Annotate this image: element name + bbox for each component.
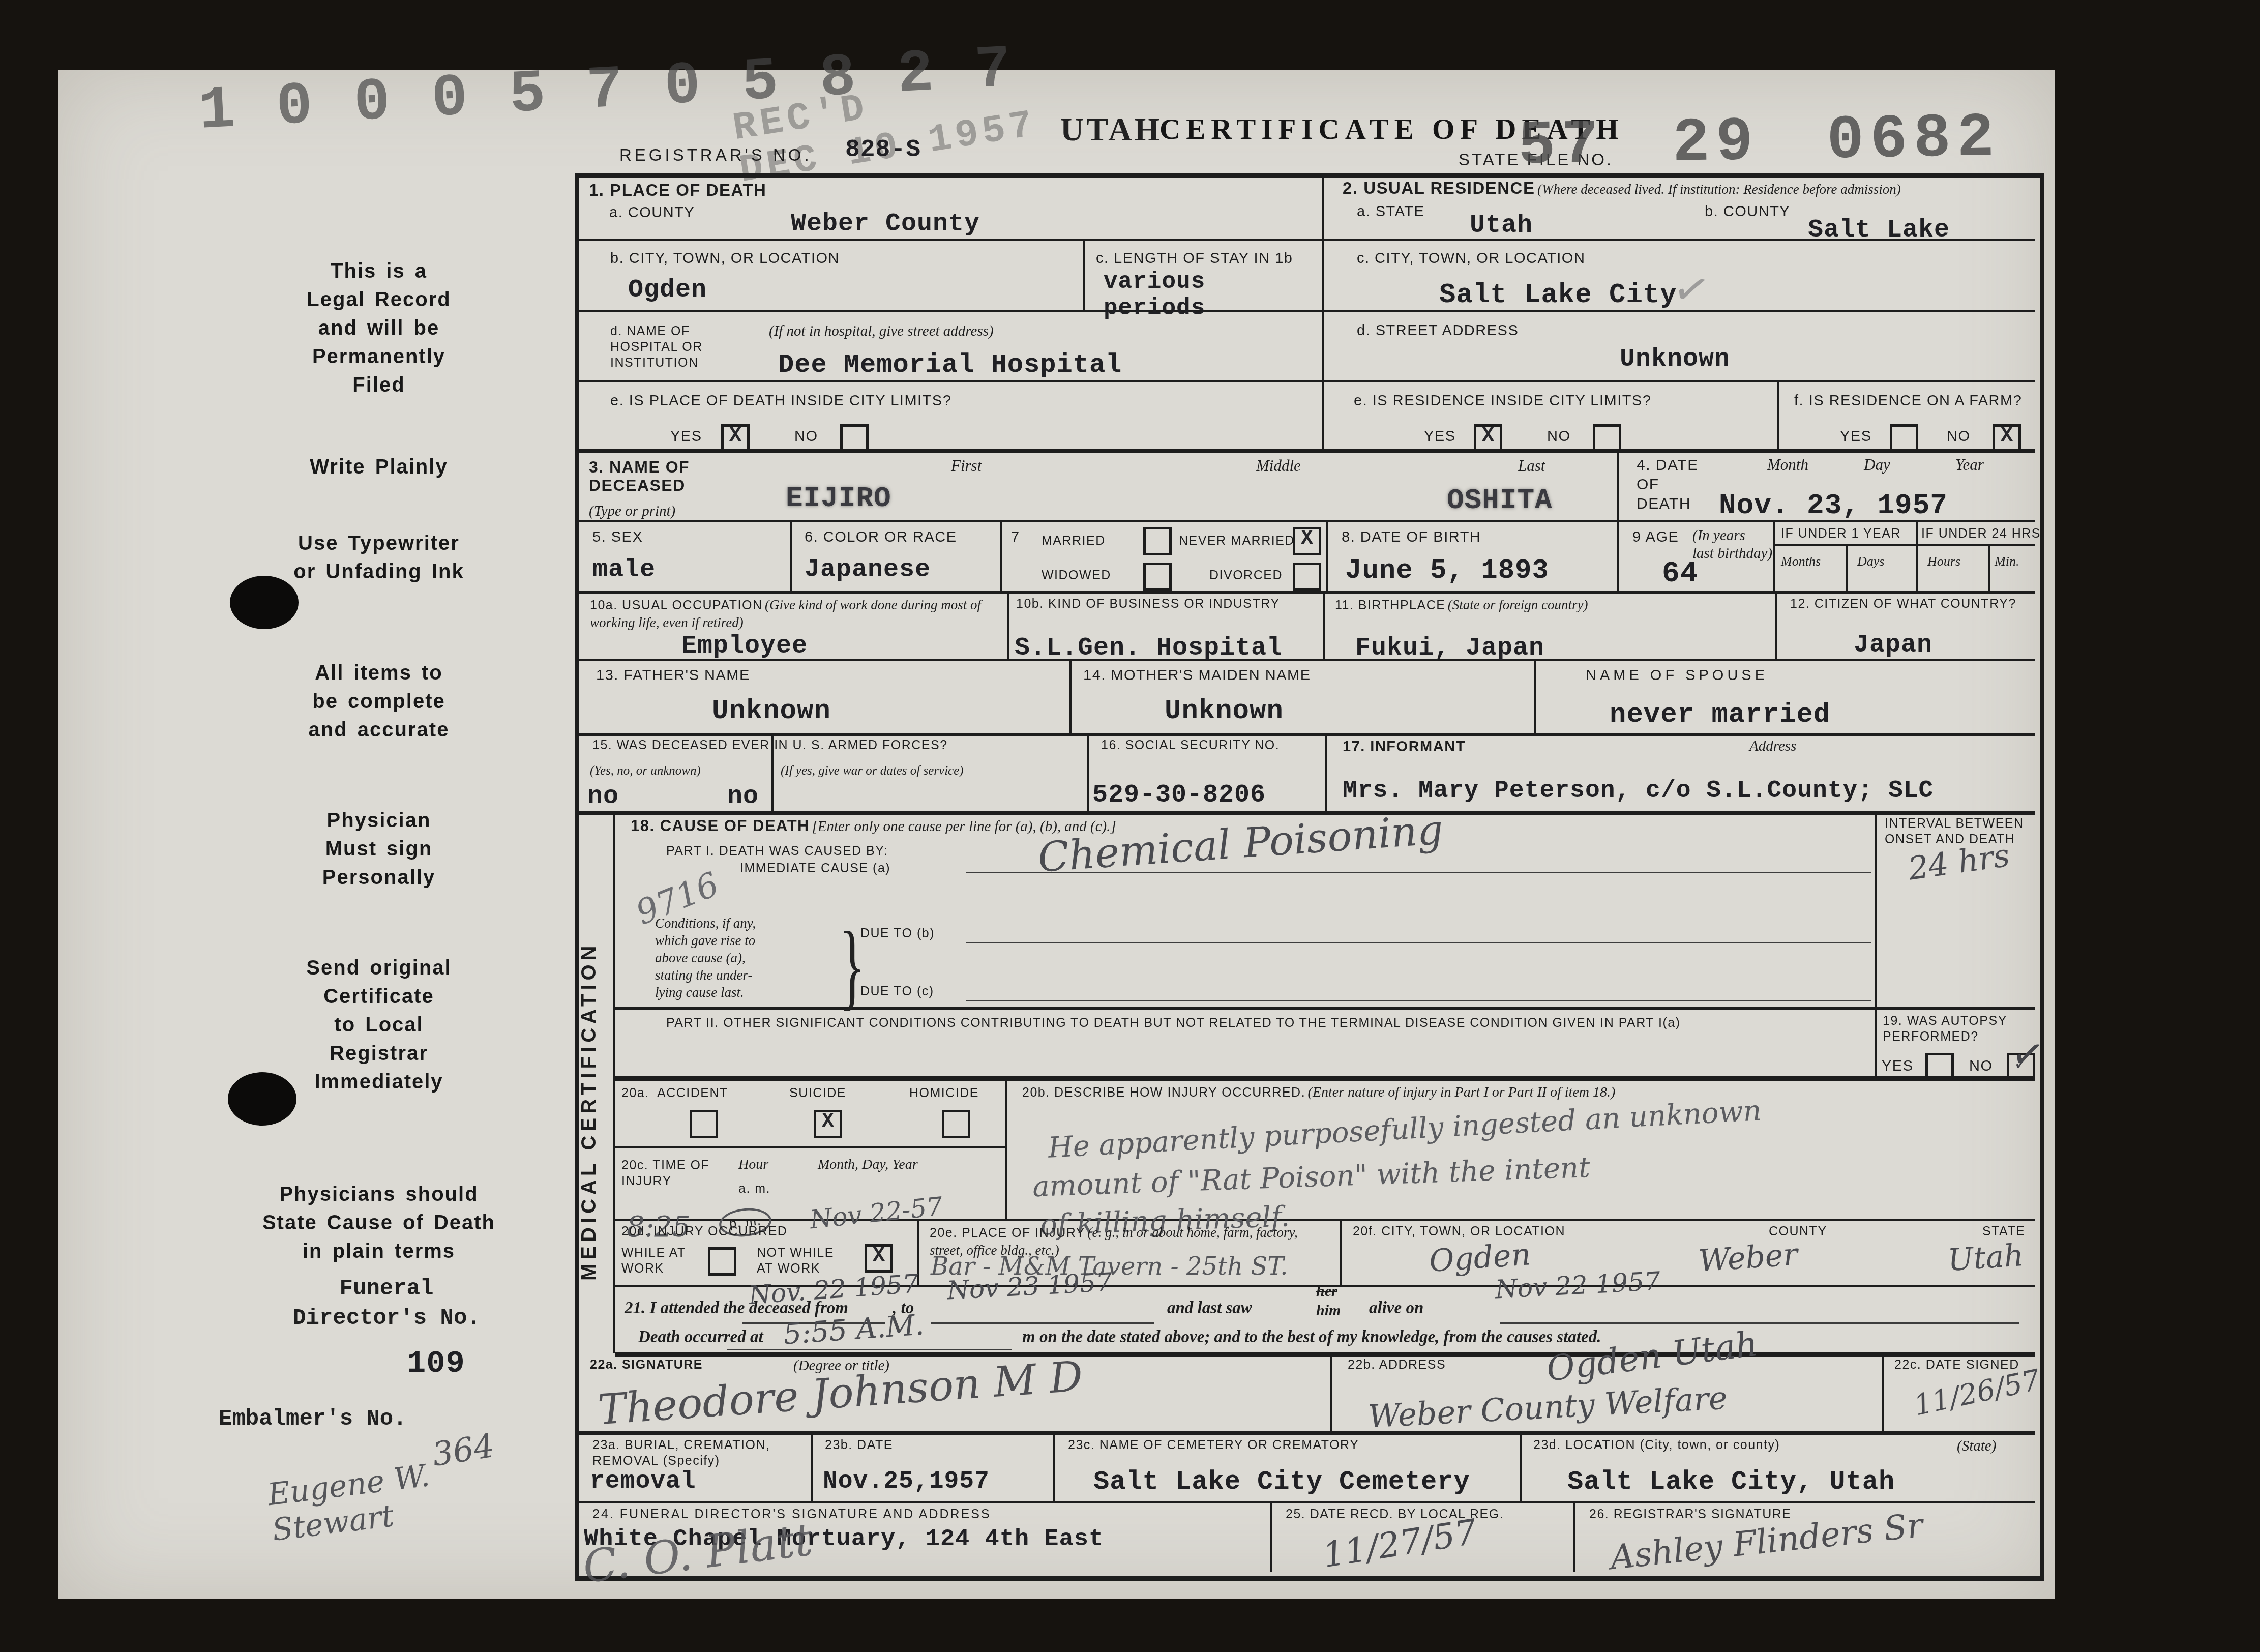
s17-address-label: Address [1749, 737, 1796, 755]
s11-value: Fukui, Japan [1355, 634, 1544, 663]
grid-line [615, 1146, 1007, 1148]
s17-value: Mrs. Mary Peterson, c/o S.L.County; SLC [1343, 777, 1934, 805]
s1c-label: c. LENGTH OF STAY IN 1b [1096, 249, 1315, 268]
s20f-label: 20f. CITY, TOWN, OR LOCATION [1353, 1224, 1565, 1240]
s2f-label: f. IS RESIDENCE ON A FARM? [1794, 392, 2022, 410]
s15-value2: no [727, 782, 759, 811]
blank-line [727, 1349, 1012, 1350]
grid-line [1340, 1219, 1342, 1286]
s20a-suicide-checkbox: X [814, 1110, 842, 1138]
s1e-no-label: NO [794, 427, 818, 446]
s10a-label: 10a. USUAL OCCUPATION [590, 598, 762, 612]
s1a-label: a. COUNTY [609, 203, 695, 222]
s7-never-married-label: NEVER MARRIED [1179, 533, 1295, 549]
spouse-label: NAME OF SPOUSE [1586, 666, 1768, 685]
s9-hours-label: Hours [1927, 552, 1960, 570]
s4-month-label: Month [1767, 456, 1808, 474]
s11-label: 11. BIRTHPLACE [1335, 598, 1445, 612]
s18-title: 18. CAUSE OF DEATH [631, 817, 810, 835]
blank-line [966, 942, 1871, 943]
s13-value: Unknown [712, 696, 831, 727]
s2e-yes-checkbox: X [1474, 424, 1502, 453]
s7-married-checkbox [1143, 527, 1172, 555]
s2b-value: Salt Lake [1808, 216, 1950, 245]
s23a-label: 23a. BURIAL, CREMATION, REMOVAL (Specify… [592, 1437, 770, 1469]
margin-note-typewriter: Use Typewriter or Unfading Ink [186, 529, 572, 586]
s3-last-label: Last [1518, 457, 1545, 475]
registrar-no-label: REGISTRAR'S NO. [619, 146, 812, 164]
funeral-director-no-value: 109 [407, 1345, 465, 1381]
s20c-mdy-label: Month, Day, Year [818, 1156, 918, 1173]
s1c-value: various periods [1104, 269, 1205, 321]
s11-hint: (State or foreign country) [1448, 597, 1588, 612]
s20c-am-label: a. m. [738, 1181, 770, 1197]
s1b-value: Ogden [628, 276, 707, 305]
s20a-suicide-label: SUICIDE [789, 1085, 846, 1101]
s3-first-label: First [951, 457, 982, 475]
s3-middle-label: Middle [1256, 457, 1301, 475]
s7-num: 7 [1011, 528, 1020, 546]
s2c-label: c. CITY, TOWN, OR LOCATION [1357, 249, 1585, 268]
grid-line [615, 1352, 2035, 1357]
grid-line [1777, 380, 1779, 451]
s22a-label: 22a. SIGNATURE [590, 1357, 703, 1373]
s4-year-label: Year [1955, 456, 1984, 474]
s18-conditions-note: Conditions, if any, which gave rise to a… [655, 914, 756, 1001]
registrar-no-value: 828-S [845, 136, 921, 164]
grid-line [1325, 733, 1327, 812]
scanned-death-certificate: 10005705827 REC'D DEC 10 1957 REGISTRAR'… [0, 0, 2260, 1652]
s3-first-value: EIJIRO [786, 482, 891, 515]
margin-note-plain-terms: Physicians should State Cause of Death i… [170, 1180, 587, 1265]
s1e-yes-label: YES [670, 427, 702, 446]
s4-title: 4. DATE OF DEATH [1637, 456, 1699, 514]
s12-label: 12. CITIZEN OF WHAT COUNTRY? [1790, 596, 2016, 612]
s20a-accident-checkbox [690, 1110, 718, 1138]
s18-due-c-label: DUE TO (c) [860, 984, 934, 999]
margin-note-send-original: Send original Certificate to Local Regis… [186, 954, 572, 1096]
s16-label: 16. SOCIAL SECURITY NO. [1101, 737, 1280, 753]
pen-check-stroke: ✓ [2008, 1029, 2047, 1080]
s23d-label: 23d. LOCATION (City, town, or county) [1533, 1437, 1780, 1453]
s21-last-saw-label: and last saw [1167, 1300, 1252, 1317]
spouse-value: never married [1610, 699, 1830, 730]
s20b-label: 20b. DESCRIBE HOW INJURY OCCURRED. [1022, 1085, 1305, 1100]
grid-line [1846, 544, 1848, 593]
s20a-accident-label: ACCIDENT [657, 1085, 728, 1101]
grid-line [615, 1076, 2035, 1081]
s2e-label: e. IS RESIDENCE INSIDE CITY LIMITS? [1354, 392, 1651, 410]
s2f-no-checkbox: X [1993, 424, 2021, 453]
grid-line [575, 449, 2035, 453]
grid-line [1882, 1352, 1884, 1432]
s2d-label: d. STREET ADDRESS [1357, 321, 1519, 340]
s9-under24-label: IF UNDER 24 HRS. [1921, 526, 2045, 542]
s20c-hour-label: Hour [738, 1156, 768, 1173]
s20a-homicide-checkbox [942, 1110, 970, 1138]
s23d-value: Salt Lake City, Utah [1567, 1467, 1895, 1497]
s1d-value: Dee Memorial Hospital [778, 350, 1122, 380]
grid-line [1520, 1431, 1522, 1502]
s24-label: 24. FUNERAL DIRECTOR'S SIGNATURE AND ADD… [592, 1507, 1269, 1522]
form-title-utah: UTAH [1060, 111, 1162, 149]
s10a-value: Employee [681, 632, 808, 661]
s2c-value: Salt Lake City [1439, 280, 1677, 311]
punch-hole-bottom [228, 1072, 296, 1126]
grid-line [1000, 520, 1002, 593]
blank-line [931, 1322, 1154, 1324]
grid-line [1875, 812, 1877, 1077]
grid-line [1005, 1077, 1007, 1220]
s26-label: 26. REGISTRAR'S SIGNATURE [1589, 1507, 1791, 1522]
s4-day-label: Day [1864, 456, 1890, 474]
grid-line [1322, 173, 1324, 451]
s20f-state-value: Utah [1947, 1237, 2025, 1278]
s3-last-value: OSHITA [1447, 484, 1553, 517]
s1e-no-checkbox [840, 424, 869, 453]
funeral-director-no-label: Funeral Director's No. [214, 1274, 559, 1333]
grid-line [1617, 451, 1619, 593]
s2b-label: b. COUNTY [1705, 202, 1790, 221]
s20d-label: 20d. INJURY OCCURRED [621, 1224, 787, 1240]
s1d-label: d. NAME OF HOSPITAL OR INSTITUTION [610, 323, 703, 371]
grid-line [613, 812, 615, 1353]
s12-value: Japan [1854, 631, 1932, 660]
grid-line [575, 380, 2035, 382]
s21-tail-label: m on the date stated above; and to the b… [1022, 1329, 2029, 1346]
s2-title-hint: (Where deceased lived. If institution: R… [1537, 182, 1901, 197]
grid-line [1053, 1431, 1055, 1502]
s5-value: male [592, 555, 656, 584]
s7-divorced-checkbox [1293, 563, 1321, 591]
grid-line [1007, 591, 1009, 659]
grid-line [1326, 520, 1328, 593]
s19-label: 19. WAS AUTOPSY PERFORMED? [1883, 1013, 2007, 1045]
s7-married-label: MARRIED [1042, 533, 1106, 549]
s13-label: 13. FATHER'S NAME [596, 666, 750, 685]
s1b-label: b. CITY, TOWN, OR LOCATION [610, 249, 840, 268]
s14-value: Unknown [1165, 696, 1284, 727]
grid-line [615, 1007, 2035, 1010]
s1-title: 1. PLACE OF DEATH [589, 181, 766, 199]
grid-line [1916, 520, 1918, 593]
s2-title: 2. USUAL RESIDENCE [1343, 179, 1535, 197]
s1e-label: e. IS PLACE OF DEATH INSIDE CITY LIMITS? [610, 392, 951, 410]
s15-value1: no [587, 782, 619, 811]
s20d-not-while-label: NOT WHILE AT WORK [757, 1245, 834, 1277]
s9-label: 9 AGE [1632, 528, 1679, 546]
s9-under1yr-label: IF UNDER 1 YEAR [1781, 526, 1901, 542]
s2f-yes-label: YES [1840, 427, 1872, 446]
grid-line [1069, 659, 1072, 733]
grid-line [1270, 1501, 1272, 1572]
s10a-label-row: 10a. USUAL OCCUPATION (Give kind of work… [590, 596, 997, 632]
s21-alive-on-label: alive on [1369, 1300, 1423, 1317]
grid-line [1330, 1352, 1332, 1432]
s2a-value: Utah [1470, 211, 1533, 240]
s4-value: Nov. 23, 1957 [1719, 489, 1948, 522]
s6-value: Japanese [805, 555, 931, 584]
grid-line [1573, 1501, 1575, 1572]
grid-line [575, 1431, 2035, 1435]
s20d-while-checkbox [708, 1247, 736, 1276]
margin-note-physician-sign: Physician Must sign Personally [186, 806, 572, 892]
s2f-no-label: NO [1947, 427, 1971, 446]
s20a-num: 20a. [621, 1085, 649, 1101]
grid-line [575, 733, 2035, 736]
s2d-value: Unknown [1620, 345, 1730, 374]
s20f-city-value: Ogden [1428, 1236, 1532, 1279]
s22b-label: 22b. ADDRESS [1348, 1357, 1446, 1373]
embalmer-no-label: Embalmer's No. [219, 1406, 407, 1432]
s18-due-b-label: DUE TO (b) [860, 926, 935, 941]
s10b-value: S.L.Gen. Hospital [1015, 634, 1283, 663]
s8-label: 8. DATE OF BIRTH [1342, 528, 1481, 546]
s20d-while-label: WHILE AT WORK [621, 1245, 686, 1277]
s2e-yes-label: YES [1424, 427, 1456, 446]
margin-note-write-plainly: Write Plainly [186, 453, 572, 481]
s23c-label: 23c. NAME OF CEMETERY OR CREMATORY [1068, 1437, 1359, 1453]
grid-line [790, 520, 792, 593]
s20f-county-label: COUNTY [1769, 1224, 1827, 1240]
s18-immediate-label: IMMEDIATE CAUSE (a) [740, 861, 890, 876]
s19-yes-label: YES [1882, 1057, 1914, 1075]
grid-line [1534, 659, 1536, 733]
grid-line [1773, 520, 1775, 593]
s20d-not-while-checkbox: X [865, 1244, 893, 1273]
s11-label-row: 11. BIRTHPLACE (State or foreign country… [1335, 596, 1620, 614]
s20f-county-value: Weber [1698, 1236, 1799, 1279]
s3-title: 3. NAME OF DECEASED [589, 458, 690, 494]
grid-line [1323, 591, 1325, 659]
s17-label: 17. INFORMANT [1343, 737, 1466, 756]
grid-line [1775, 591, 1777, 659]
grid-line [1083, 239, 1085, 312]
s20a-homicide-label: HOMICIDE [909, 1085, 979, 1101]
s20c-label: 20c. TIME OF INJURY [621, 1158, 709, 1189]
s19-yes-checkbox [1925, 1053, 1954, 1081]
s18-part1-label: PART I. DEATH WAS CAUSED BY: [666, 843, 888, 859]
s23c-value: Salt Lake City Cemetery [1093, 1467, 1470, 1497]
s7-widowed-label: WIDOWED [1042, 568, 1111, 583]
s18-part2-label: PART II. OTHER SIGNIFICANT CONDITIONS CO… [666, 1015, 1856, 1031]
s14-label: 14. MOTHER'S MAIDEN NAME [1083, 666, 1311, 685]
s20b-hint: (Enter nature of injury in Part I or Par… [1308, 1084, 1616, 1100]
s21-her-strike: her [1316, 1283, 1337, 1300]
s16-value: 529-30-8206 [1092, 781, 1266, 810]
s23a-value: removal [590, 1468, 696, 1495]
s15-hint2: (If yes, give war or dates of service) [781, 762, 1065, 780]
s20b-label-row: 20b. DESCRIBE HOW INJURY OCCURRED. (Ente… [1022, 1083, 2019, 1101]
s21-death-at-label: Death occurred at [638, 1329, 763, 1346]
s23d-state-hint: (State) [1957, 1437, 1996, 1455]
s2f-yes-checkbox [1890, 424, 1918, 453]
s5-label: 5. SEX [592, 528, 643, 546]
blank-line [1500, 1322, 2019, 1324]
s7-widowed-checkbox [1143, 563, 1172, 591]
s7-divorced-label: DIVORCED [1209, 568, 1283, 583]
medical-certification-label: MEDICAL CERTIFICATION [578, 854, 611, 1368]
s20e-label: 20e. PLACE OF INJURY [930, 1226, 1085, 1240]
s9-months-label: Months [1781, 552, 1821, 570]
state-file-no-stamp: 57 29 0682 [1518, 103, 2001, 182]
s2e-no-checkbox [1593, 424, 1621, 453]
s1a-value: Weber County [791, 210, 980, 239]
s7-never-married-checkbox: X [1293, 527, 1321, 555]
blank-line [966, 1000, 1871, 1001]
grid-line [1773, 544, 2035, 546]
s1e-yes-checkbox: X [721, 424, 750, 453]
s2-title-row: 2. USUAL RESIDENCE (Where deceased lived… [1343, 179, 2024, 198]
s2a-label: a. STATE [1357, 202, 1424, 221]
s9-days-label: Days [1857, 552, 1884, 570]
s9-value: 64 [1662, 557, 1699, 591]
s6-label: 6. COLOR OR RACE [805, 528, 957, 546]
s2e-no-label: NO [1547, 427, 1571, 446]
grid-line [575, 811, 2035, 815]
s10b-label: 10b. KIND OF BUSINESS OR INDUSTRY [1016, 596, 1321, 612]
grid-line [811, 1431, 813, 1502]
grid-line [575, 310, 2035, 312]
s9-min-label: Min. [1995, 552, 2019, 570]
margin-note-legal-record: This is a Legal Record and will be Perma… [186, 257, 572, 399]
s21-him: him [1316, 1302, 1341, 1319]
s15-hint1: (Yes, no, or unknown) [590, 762, 701, 780]
s3-hint: (Type or print) [589, 503, 675, 520]
punch-hole-top [230, 576, 299, 629]
s9-hint: (In years last birthday) [1692, 527, 1772, 563]
s23b-value: Nov.25,1957 [823, 1468, 990, 1495]
grid-line [575, 1501, 2035, 1503]
margin-note-complete: All items to be complete and accurate [186, 659, 572, 744]
s15-label: 15. WAS DECEASED EVER IN U. S. ARMED FOR… [592, 737, 1091, 753]
s19-no-label: NO [1969, 1057, 1993, 1075]
grid-line [1988, 544, 1990, 593]
blank-line [966, 872, 1871, 873]
s8-value: June 5, 1893 [1345, 555, 1549, 586]
s1d-hint: (If not in hospital, give street address… [769, 322, 994, 340]
s23b-label: 23b. DATE [825, 1437, 893, 1453]
